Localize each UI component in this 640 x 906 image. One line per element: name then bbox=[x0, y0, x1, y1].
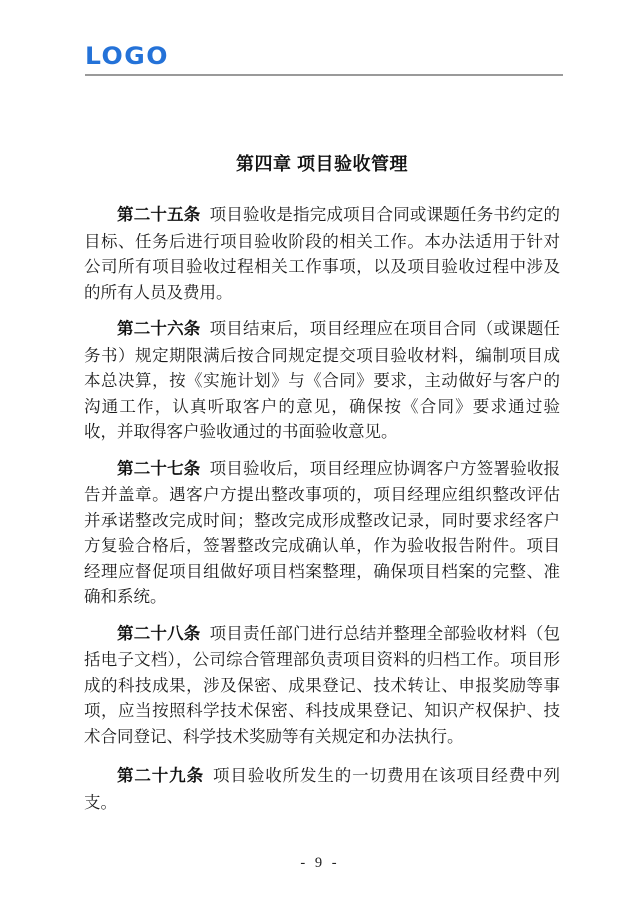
page-header: LOGO bbox=[85, 44, 563, 76]
article-text: 项目验收后，项目经理应协调客户方签署验收报告并盖章。遇客户方提出整改事项的，项目… bbox=[84, 459, 560, 607]
article-number: 第二十八条 bbox=[117, 625, 201, 643]
article-paragraph: 第二十九条项目验收所发生的一切费用在该项目经费中列支。 bbox=[84, 763, 560, 815]
company-logo: LOGO bbox=[85, 44, 563, 69]
article-paragraph: 第二十六条项目结束后，项目经理应在项目合同（或课题任务书）规定期限满后按合同规定… bbox=[84, 316, 560, 445]
document-body: 第四章 项目验收管理 第二十五条项目验收是指完成项目合同或课题任务书约定的目标、… bbox=[84, 152, 560, 826]
article-paragraph: 第二十八条项目责任部门进行总结并整理全部验收材料（包括电子文档），公司综合管理部… bbox=[84, 621, 560, 750]
page-number: - 9 - bbox=[300, 855, 339, 871]
chapter-title: 第四章 项目验收管理 bbox=[84, 152, 560, 176]
page-footer: - 9 - bbox=[0, 854, 640, 872]
article-paragraph: 第二十五条项目验收是指完成项目合同或课题任务书约定的目标、任务后进行项目验收阶段… bbox=[84, 202, 560, 305]
article-number: 第二十七条 bbox=[117, 460, 201, 478]
article-number: 第二十五条 bbox=[117, 206, 201, 224]
article-paragraph: 第二十七条项目验收后，项目经理应协调客户方签署验收报告并盖章。遇客户方提出整改事… bbox=[84, 456, 560, 610]
article-number: 第二十九条 bbox=[117, 767, 204, 785]
article-number: 第二十六条 bbox=[117, 320, 201, 338]
header-divider bbox=[85, 74, 563, 76]
document-page: LOGO 第四章 项目验收管理 第二十五条项目验收是指完成项目合同或课题任务书约… bbox=[0, 0, 640, 906]
